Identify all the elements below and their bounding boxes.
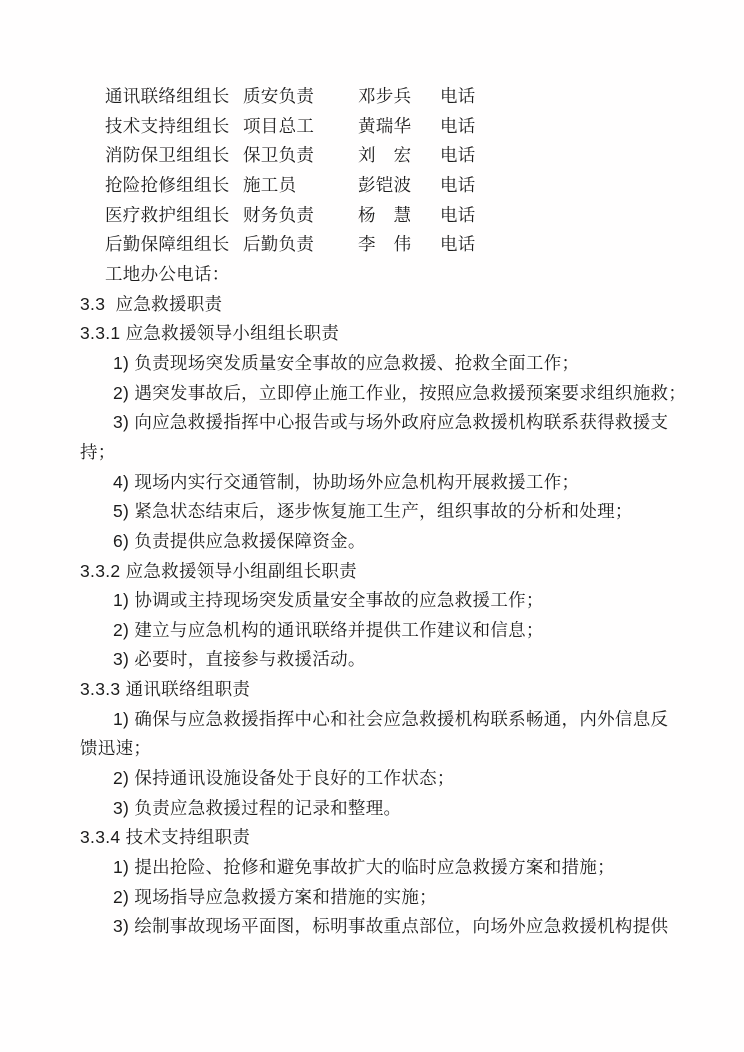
roster-phone-label: 电话 bbox=[440, 201, 476, 231]
list-item: 2) 现场指导应急救援方案和措施的实施； bbox=[80, 883, 686, 913]
list-item: 3) 绘制事故现场平面图，标明事故重点部位，向场外应急救援机构提供 bbox=[80, 912, 686, 942]
list-item: 5) 紧急状态结束后，逐步恢复施工生产，组织事故的分析和处理； bbox=[80, 497, 686, 527]
roster-phone-label: 电话 bbox=[440, 171, 476, 201]
roster-name: 邓步兵 bbox=[358, 82, 440, 112]
list-item: 2) 建立与应急机构的通讯联络并提供工作建议和信息； bbox=[80, 616, 686, 646]
list-item: 6) 负责提供应急救援保障资金。 bbox=[80, 527, 686, 557]
roster-name: 刘 宏 bbox=[358, 141, 440, 171]
list-item: 3) 负责应急救援过程的记录和整理。 bbox=[80, 794, 686, 824]
roster-row: 医疗救护组组长 财务负责 杨 慧 电话 bbox=[105, 201, 686, 231]
roster-duty: 财务负责 bbox=[243, 201, 358, 231]
roster-phone-label: 电话 bbox=[440, 112, 476, 142]
list-item: 3) 必要时，直接参与救援活动。 bbox=[80, 645, 686, 675]
list-item: 1) 提出抢险、抢修和避免事故扩大的临时应急救援方案和措施； bbox=[80, 853, 686, 883]
roster-role: 抢险抢修组组长 bbox=[105, 171, 243, 201]
section-heading-3-3-3: 3.3.3 通讯联络组职责 bbox=[80, 675, 686, 705]
list-item: 2) 保持通讯设施设备处于良好的工作状态； bbox=[80, 764, 686, 794]
roster-name: 黄瑞华 bbox=[358, 112, 440, 142]
roster-phone-label: 电话 bbox=[440, 82, 476, 112]
roster-name: 彭铠波 bbox=[358, 171, 440, 201]
roster-name: 杨 慧 bbox=[358, 201, 440, 231]
roster-role: 通讯联络组组长 bbox=[105, 82, 243, 112]
roster-row: 后勤保障组组长 后勤负责 李 伟 电话 bbox=[105, 230, 686, 260]
list-item: 2) 遇突发事故后，立即停止施工作业，按照应急救援预案要求组织施救； bbox=[80, 379, 686, 409]
roster-duty: 质安负责 bbox=[243, 82, 358, 112]
document-page: 通讯联络组组长 质安负责 邓步兵 电话 技术支持组组长 项目总工 黄瑞华 电话 … bbox=[0, 0, 744, 1052]
roster-duty: 保卫负责 bbox=[243, 141, 358, 171]
list-item: 1) 确保与应急救援指挥中心和社会应急救援机构联系畅通，内外信息反 bbox=[80, 705, 686, 735]
continuation-line: 馈迅速； bbox=[80, 734, 686, 764]
section-heading-3-3-1: 3.3.1 应急救援领导小组组长职责 bbox=[80, 319, 686, 349]
list-item: 4) 现场内实行交通管制，协助场外应急机构开展救援工作； bbox=[80, 468, 686, 498]
roster-phone-label: 电话 bbox=[440, 141, 476, 171]
roster-name: 李 伟 bbox=[358, 230, 440, 260]
roster-role: 技术支持组组长 bbox=[105, 112, 243, 142]
office-phone-line: 工地办公电话： bbox=[105, 260, 686, 290]
list-item: 1) 负责现场突发质量安全事故的应急救援、抢救全面工作； bbox=[80, 349, 686, 379]
roster-row: 抢险抢修组组长 施工员 彭铠波 电话 bbox=[105, 171, 686, 201]
roster-row: 通讯联络组组长 质安负责 邓步兵 电话 bbox=[105, 82, 686, 112]
roster-role: 医疗救护组组长 bbox=[105, 201, 243, 231]
roster-duty: 项目总工 bbox=[243, 112, 358, 142]
section-heading-3-3-2: 3.3.2 应急救援领导小组副组长职责 bbox=[80, 557, 686, 587]
roster-row: 技术支持组组长 项目总工 黄瑞华 电话 bbox=[105, 112, 686, 142]
contact-roster: 通讯联络组组长 质安负责 邓步兵 电话 技术支持组组长 项目总工 黄瑞华 电话 … bbox=[80, 82, 686, 290]
roster-duty: 施工员 bbox=[243, 171, 358, 201]
roster-row: 消防保卫组组长 保卫负责 刘 宏 电话 bbox=[105, 141, 686, 171]
section-heading-3-3-4: 3.3.4 技术支持组职责 bbox=[80, 823, 686, 853]
roster-role: 消防保卫组组长 bbox=[105, 141, 243, 171]
list-item: 1) 协调或主持现场突发质量安全事故的应急救援工作； bbox=[80, 586, 686, 616]
list-item: 3) 向应急救援指挥中心报告或与场外政府应急救援机构联系获得救援支 bbox=[80, 408, 686, 438]
roster-role: 后勤保障组组长 bbox=[105, 230, 243, 260]
document-body: 3.3 应急救援职责 3.3.1 应急救援领导小组组长职责 1) 负责现场突发质… bbox=[80, 290, 686, 942]
section-heading-3-3: 3.3 应急救援职责 bbox=[80, 290, 686, 320]
continuation-line: 持； bbox=[80, 438, 686, 468]
roster-phone-label: 电话 bbox=[440, 230, 476, 260]
roster-duty: 后勤负责 bbox=[243, 230, 358, 260]
